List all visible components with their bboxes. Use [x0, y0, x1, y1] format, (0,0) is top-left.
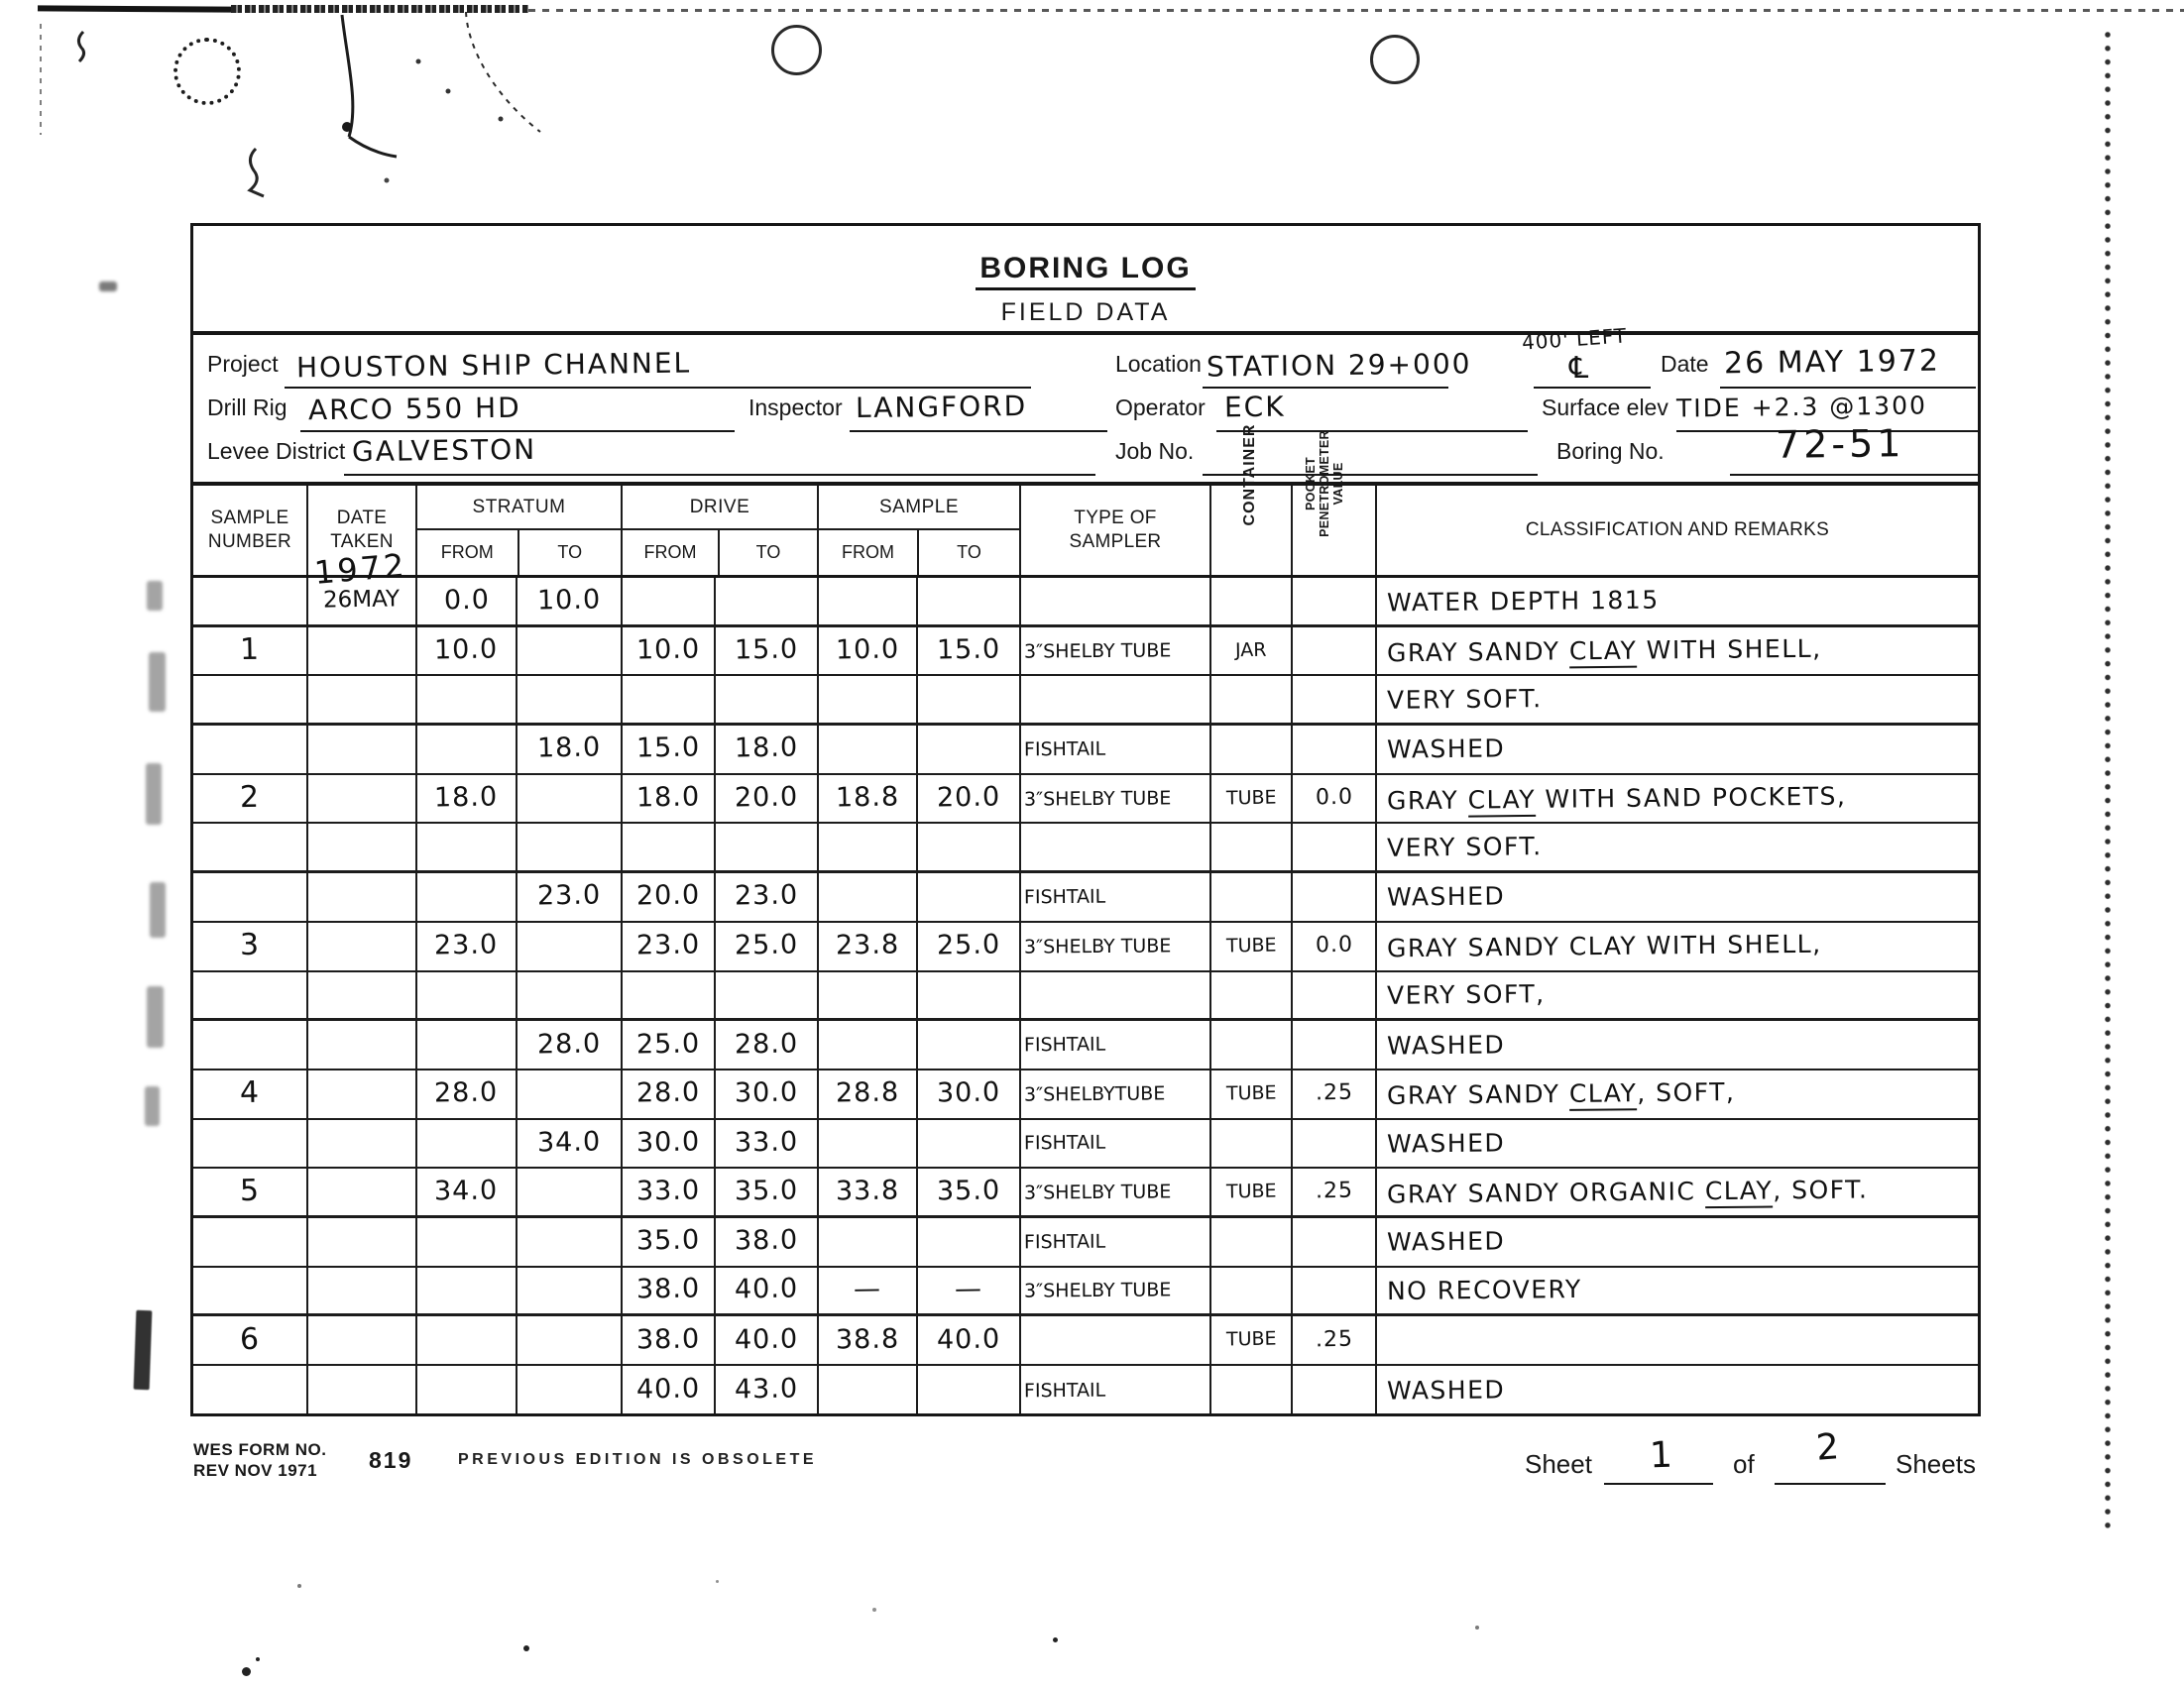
cell-stratum-from — [417, 676, 517, 723]
cell-sample-from — [819, 1366, 918, 1415]
surface-elev-label: Surface elev — [1542, 394, 1668, 421]
scan-top-dotted-line — [528, 9, 2184, 12]
boring-log-form: BORING LOG FIELD DATA Project HOUSTON SH… — [190, 223, 1981, 1416]
drill-rig-underline — [300, 430, 735, 432]
cell-pocket-penetrometer — [1293, 578, 1377, 624]
cell-container: TUBE — [1211, 775, 1293, 823]
operator-underline — [1216, 430, 1528, 432]
header-sample-group: SAMPLE FROM TO — [819, 486, 1021, 575]
cell-stratum-to — [517, 1268, 623, 1314]
table-row: 428.028.030.028.830.03″SHELBYTUBETUBE.25… — [193, 1070, 1978, 1120]
cell-stratum-to — [517, 824, 623, 870]
cell-type-of-sampler: 3″SHELBYTUBE — [1021, 1070, 1211, 1118]
cell-classification-remarks: NO RECOVERY — [1377, 1268, 1978, 1314]
cell-drive-from: 38.0 — [623, 1268, 716, 1314]
form-title: BORING LOG — [976, 252, 1195, 290]
cell-sample-from — [819, 873, 918, 921]
cell-type-of-sampler: 3″SHELBY TUBE — [1021, 1268, 1211, 1314]
table-row: 34.030.033.0FISHTAILWASHED — [193, 1120, 1978, 1170]
cell-sample-from — [819, 824, 918, 870]
wes-form-no: WES FORM NO. REV NOV 1971 — [193, 1439, 326, 1482]
cell-drive-from: 40.0 — [623, 1366, 716, 1415]
scan-top-edge-mottle — [231, 5, 528, 13]
bottom-speck — [716, 1580, 719, 1583]
cell-drive-from: 30.0 — [623, 1120, 716, 1168]
cell-classification-remarks: GRAY SANDY CLAY WITH SHELL, — [1377, 923, 1978, 970]
cell-drive-to — [716, 676, 819, 723]
cell-classification-remarks: WASHED — [1377, 1021, 1978, 1069]
cell-sample-number — [193, 972, 308, 1019]
header-sample: SAMPLE — [819, 486, 1019, 530]
scan-left-dashed-line — [40, 24, 42, 135]
cell-container — [1211, 676, 1293, 723]
cell-sample-from — [819, 676, 918, 723]
header-sample-from: FROM — [819, 530, 919, 575]
cell-pocket-penetrometer: .25 — [1293, 1070, 1377, 1118]
cell-date-taken — [308, 1366, 417, 1415]
cell-stratum-to: 10.0 — [517, 578, 623, 624]
margin-dark-mark — [134, 1310, 153, 1391]
cell-date-taken — [308, 923, 417, 970]
cell-container — [1211, 1268, 1293, 1314]
cell-sample-to: 25.0 — [918, 923, 1021, 970]
cell-stratum-to — [517, 923, 623, 970]
table-row: 35.038.0FISHTAILWASHED — [193, 1218, 1978, 1268]
cell-pocket-penetrometer: .25 — [1293, 1169, 1377, 1215]
sheet-total-value: 2 — [1815, 1426, 1841, 1468]
cell-date-taken — [308, 972, 417, 1019]
cell-pocket-penetrometer — [1293, 1120, 1377, 1168]
bottom-speck — [297, 1584, 301, 1588]
cell-container — [1211, 1366, 1293, 1415]
cell-date-taken — [308, 627, 417, 675]
cell-drive-to: 23.0 — [716, 873, 819, 921]
margin-smudge — [149, 652, 166, 712]
cell-sample-to — [918, 824, 1021, 870]
cell-sample-from — [819, 578, 918, 624]
cell-stratum-from — [417, 824, 517, 870]
cell-type-of-sampler — [1021, 824, 1211, 870]
cell-date-taken — [308, 726, 417, 773]
cell-date-taken — [308, 824, 417, 870]
cell-container: TUBE — [1211, 1070, 1293, 1118]
inspector-label: Inspector — [748, 394, 843, 421]
cell-stratum-to: 23.0 — [517, 873, 623, 921]
cell-type-of-sampler: FISHTAIL — [1021, 873, 1211, 921]
cell-sample-to: 20.0 — [918, 775, 1021, 823]
header-sample-number: SAMPLE NUMBER — [193, 486, 308, 575]
cell-type-of-sampler — [1021, 972, 1211, 1019]
cell-type-of-sampler: 3″SHELBY TUBE — [1021, 1169, 1211, 1215]
surface-elev-value: TIDE +2.3 @1300 — [1676, 391, 1927, 422]
hole-punch-right — [1370, 35, 1420, 84]
cell-date-taken — [308, 775, 417, 823]
header-type-of-sampler: TYPE OF SAMPLER — [1021, 486, 1211, 575]
table-row: 638.040.038.840.0TUBE.25 — [193, 1316, 1978, 1366]
boring-log-table: SAMPLE NUMBER DATE TAKEN 1972 STRATUM FR… — [193, 482, 1978, 1415]
inspector-underline — [850, 430, 1107, 432]
cell-sample-number — [193, 824, 308, 870]
cell-stratum-to — [517, 627, 623, 675]
margin-smudge — [150, 882, 166, 938]
cell-container — [1211, 824, 1293, 870]
cell-pocket-penetrometer — [1293, 627, 1377, 675]
cell-stratum-to — [517, 1316, 623, 1364]
scan-top-edge-mark — [38, 5, 231, 12]
table-row: 40.043.0FISHTAILWASHED — [193, 1366, 1978, 1415]
location-label: Location — [1115, 351, 1202, 378]
cell-drive-from: 15.0 — [623, 726, 716, 773]
cell-type-of-sampler: FISHTAIL — [1021, 1120, 1211, 1168]
cell-sample-from: 28.8 — [819, 1070, 918, 1118]
cell-sample-to: — — [918, 1268, 1021, 1314]
hole-punch-left — [173, 38, 241, 105]
location-value: STATION 29+000 — [1207, 347, 1472, 383]
scanned-boring-log-page: BORING LOG FIELD DATA Project HOUSTON SH… — [0, 0, 2184, 1690]
cell-date-taken — [308, 1316, 417, 1364]
cell-sample-to: 30.0 — [918, 1070, 1021, 1118]
cell-sample-number: 6 — [193, 1316, 308, 1364]
table-row: 18.015.018.0FISHTAILWASHED — [193, 726, 1978, 775]
location-underline-2 — [1534, 387, 1651, 389]
table-row: VERY SOFT. — [193, 676, 1978, 726]
bottom-speck — [242, 1667, 251, 1676]
cell-container: TUBE — [1211, 1169, 1293, 1215]
boring-no-underline — [1730, 474, 1978, 476]
cell-type-of-sampler — [1021, 578, 1211, 624]
cell-pocket-penetrometer — [1293, 1218, 1377, 1266]
cell-drive-to: 40.0 — [716, 1316, 819, 1364]
cell-sample-from: 18.8 — [819, 775, 918, 823]
cell-container — [1211, 726, 1293, 773]
table-row: 26MAY0.010.0WATER DEPTH 1815 — [193, 578, 1978, 627]
inspector-value: LANGFORD — [856, 390, 1028, 424]
bottom-speck — [523, 1645, 529, 1651]
sheet-total-underline — [1775, 1483, 1886, 1485]
cell-drive-from: 38.0 — [623, 1316, 716, 1364]
date-underline — [1720, 387, 1976, 389]
right-perforation-dots — [2102, 28, 2114, 1529]
cell-type-of-sampler: FISHTAIL — [1021, 726, 1211, 773]
cell-stratum-from — [417, 1218, 517, 1266]
form-subtitle: FIELD DATA — [193, 298, 1978, 327]
cell-stratum-to — [517, 775, 623, 823]
cell-drive-to: 25.0 — [716, 923, 819, 970]
cell-stratum-from: 28.0 — [417, 1070, 517, 1118]
cell-sample-number — [193, 1120, 308, 1168]
cell-stratum-from — [417, 1366, 517, 1415]
of-label: of — [1733, 1449, 1755, 1480]
cell-sample-number — [193, 1021, 308, 1069]
cell-sample-to: 35.0 — [918, 1169, 1021, 1215]
sheet-label: Sheet — [1525, 1449, 1592, 1480]
table-row: 23.020.023.0FISHTAILWASHED — [193, 873, 1978, 923]
cell-classification-remarks: WATER DEPTH 1815 — [1377, 578, 1978, 624]
table-row: VERY SOFT, — [193, 972, 1978, 1022]
cell-drive-from: 35.0 — [623, 1218, 716, 1266]
cell-stratum-from — [417, 1316, 517, 1364]
cell-drive-from: 10.0 — [623, 627, 716, 675]
cell-drive-to — [716, 578, 819, 624]
cell-sample-to — [918, 1218, 1021, 1266]
cell-pocket-penetrometer: 0.0 — [1293, 923, 1377, 970]
cell-drive-to: 30.0 — [716, 1070, 819, 1118]
cell-stratum-from: 18.0 — [417, 775, 517, 823]
header-drive-from: FROM — [623, 530, 720, 575]
job-no-label: Job No. — [1115, 438, 1194, 465]
cell-type-of-sampler: 3″SHELBY TUBE — [1021, 627, 1211, 675]
cell-container — [1211, 1021, 1293, 1069]
cell-pocket-penetrometer — [1293, 873, 1377, 921]
date-value: 26 MAY 1972 — [1724, 344, 1940, 382]
cell-pocket-penetrometer — [1293, 1366, 1377, 1415]
cell-pocket-penetrometer: .25 — [1293, 1316, 1377, 1364]
bottom-speck — [256, 1657, 260, 1661]
cell-classification-remarks: VERY SOFT. — [1377, 824, 1978, 870]
cell-container: JAR — [1211, 627, 1293, 675]
cell-stratum-to — [517, 676, 623, 723]
levee-district-value: GALVESTON — [352, 433, 536, 468]
table-header: SAMPLE NUMBER DATE TAKEN 1972 STRATUM FR… — [193, 486, 1978, 578]
cell-pocket-penetrometer — [1293, 1021, 1377, 1069]
cell-drive-to: 35.0 — [716, 1169, 819, 1215]
header-date-year-handwritten: 1972 — [312, 545, 408, 593]
cell-drive-to: 18.0 — [716, 726, 819, 773]
margin-smudge — [99, 282, 117, 291]
cell-sample-from — [819, 1218, 918, 1266]
cell-sample-number — [193, 1366, 308, 1415]
header-stratum-group: STRATUM FROM TO — [417, 486, 623, 575]
table-row: VERY SOFT. — [193, 824, 1978, 873]
cell-stratum-from — [417, 726, 517, 773]
table-row: 323.023.025.023.825.03″SHELBY TUBETUBE0.… — [193, 923, 1978, 972]
cell-type-of-sampler — [1021, 1316, 1211, 1364]
cell-sample-from — [819, 972, 918, 1019]
cell-pocket-penetrometer: 0.0 — [1293, 775, 1377, 823]
cell-date-taken — [308, 1218, 417, 1266]
cell-sample-number — [193, 676, 308, 723]
cell-stratum-to — [517, 972, 623, 1019]
cell-date-taken — [308, 1268, 417, 1314]
cell-drive-from — [623, 676, 716, 723]
cell-sample-number: 1 — [193, 627, 308, 675]
header-stratum-to: TO — [519, 530, 622, 575]
cell-sample-number — [193, 873, 308, 921]
cell-drive-to — [716, 972, 819, 1019]
cell-drive-from: 18.0 — [623, 775, 716, 823]
cell-stratum-from — [417, 1268, 517, 1314]
sheet-no-underline — [1604, 1483, 1713, 1485]
cell-container — [1211, 578, 1293, 624]
form-title-block: BORING LOG FIELD DATA — [193, 226, 1978, 335]
cell-sample-to — [918, 1021, 1021, 1069]
cell-classification-remarks: VERY SOFT. — [1377, 676, 1978, 723]
levee-district-underline — [344, 474, 1095, 476]
cell-stratum-to — [517, 1366, 623, 1415]
cell-container — [1211, 1218, 1293, 1266]
bottom-speck — [1053, 1637, 1058, 1642]
cell-date-taken — [308, 1070, 417, 1118]
cell-stratum-to: 34.0 — [517, 1120, 623, 1168]
header-date-taken: DATE TAKEN 1972 — [308, 486, 417, 575]
project-underline — [285, 387, 1031, 389]
cell-type-of-sampler: FISHTAIL — [1021, 1218, 1211, 1266]
operator-label: Operator — [1115, 394, 1206, 421]
table-row: 110.010.015.010.015.03″SHELBY TUBEJARGRA… — [193, 627, 1978, 677]
cell-stratum-from — [417, 873, 517, 921]
cell-drive-to: 43.0 — [716, 1366, 819, 1415]
cell-container: TUBE — [1211, 923, 1293, 970]
table-row: 28.025.028.0FISHTAILWASHED — [193, 1021, 1978, 1070]
boring-no-value: 72-51 — [1776, 421, 1905, 467]
cell-date-taken — [308, 1169, 417, 1215]
location-underline — [1203, 387, 1448, 389]
cell-drive-to: 15.0 — [716, 627, 819, 675]
cell-sample-number: 2 — [193, 775, 308, 823]
cell-sample-from — [819, 1021, 918, 1069]
cell-sample-from — [819, 726, 918, 773]
cell-drive-from — [623, 578, 716, 624]
header-classification: CLASSIFICATION AND REMARKS — [1377, 486, 1978, 575]
cell-classification-remarks: VERY SOFT, — [1377, 972, 1978, 1019]
cell-drive-to: 28.0 — [716, 1021, 819, 1069]
cell-classification-remarks: GRAY SANDY ORGANIC CLAY, SOFT. — [1377, 1169, 1978, 1215]
bottom-speck — [872, 1608, 876, 1612]
cell-date-taken — [308, 873, 417, 921]
cell-sample-from: 38.8 — [819, 1316, 918, 1364]
cell-type-of-sampler: FISHTAIL — [1021, 1021, 1211, 1069]
cell-stratum-from: 0.0 — [417, 578, 517, 624]
obsolete-note: PREVIOUS EDITION IS OBSOLETE — [458, 1451, 817, 1469]
cell-classification-remarks: WASHED — [1377, 1218, 1978, 1266]
cell-stratum-from: 23.0 — [417, 923, 517, 970]
cell-type-of-sampler — [1021, 676, 1211, 723]
header-sample-to: TO — [919, 530, 1019, 575]
margin-smudge — [147, 986, 164, 1048]
cell-pocket-penetrometer — [1293, 676, 1377, 723]
cell-sample-number — [193, 1268, 308, 1314]
cell-stratum-to — [517, 1070, 623, 1118]
sheet-no-value: 1 — [1649, 1435, 1672, 1477]
cell-drive-from: 20.0 — [623, 873, 716, 921]
cell-pocket-penetrometer — [1293, 824, 1377, 870]
margin-smudge — [145, 1086, 160, 1126]
cell-stratum-from: 34.0 — [417, 1169, 517, 1215]
project-value: HOUSTON SHIP CHANNEL — [296, 347, 692, 385]
cell-drive-from: 23.0 — [623, 923, 716, 970]
cell-type-of-sampler: FISHTAIL — [1021, 1366, 1211, 1415]
cell-classification-remarks: WASHED — [1377, 1120, 1978, 1168]
cell-date-taken — [308, 1120, 417, 1168]
cell-sample-number: 5 — [193, 1169, 308, 1215]
cell-sample-to — [918, 578, 1021, 624]
header-drive-group: DRIVE FROM TO — [623, 486, 819, 575]
cell-drive-from: 25.0 — [623, 1021, 716, 1069]
cell-sample-number: 4 — [193, 1070, 308, 1118]
header-stratum: STRATUM — [417, 486, 621, 530]
table-row: 38.040.0——3″SHELBY TUBENO RECOVERY — [193, 1268, 1978, 1317]
cell-sample-from: 23.8 — [819, 923, 918, 970]
cell-drive-to — [716, 824, 819, 870]
cell-container: TUBE — [1211, 1316, 1293, 1364]
project-label: Project — [207, 351, 279, 378]
cell-sample-number — [193, 578, 308, 624]
cell-sample-from — [819, 1120, 918, 1168]
cell-stratum-from — [417, 1021, 517, 1069]
drill-rig-value: ARCO 550 HD — [308, 392, 521, 427]
form-info-block: Project HOUSTON SHIP CHANNEL Location ST… — [193, 335, 1978, 482]
header-drive: DRIVE — [623, 486, 817, 530]
cell-sample-number — [193, 1218, 308, 1266]
header-drive-to: TO — [720, 530, 817, 575]
cell-date-taken — [308, 676, 417, 723]
cell-sample-to — [918, 972, 1021, 1019]
cell-drive-from: 28.0 — [623, 1070, 716, 1118]
sheets-label: Sheets — [1896, 1449, 1976, 1480]
cell-classification-remarks: WASHED — [1377, 1366, 1978, 1415]
location-centerline-symbol: ℄ — [1569, 351, 1588, 386]
cell-classification-remarks: WASHED — [1377, 726, 1978, 773]
cell-sample-from: — — [819, 1268, 918, 1314]
cell-drive-to: 33.0 — [716, 1120, 819, 1168]
cell-sample-to: 40.0 — [918, 1316, 1021, 1364]
cell-stratum-to — [517, 1218, 623, 1266]
cell-container — [1211, 873, 1293, 921]
cell-classification-remarks: WASHED — [1377, 873, 1978, 921]
cell-stratum-from — [417, 972, 517, 1019]
cell-classification-remarks: GRAY CLAY WITH SAND POCKETS, — [1377, 775, 1978, 823]
cell-date-taken — [308, 1021, 417, 1069]
cell-drive-from — [623, 972, 716, 1019]
form-number: 819 — [369, 1447, 412, 1474]
cell-drive-to: 38.0 — [716, 1218, 819, 1266]
cell-sample-from: 10.0 — [819, 627, 918, 675]
cell-container — [1211, 1120, 1293, 1168]
margin-smudge — [146, 763, 162, 825]
cell-sample-number: 3 — [193, 923, 308, 970]
cell-classification-remarks: GRAY SANDY CLAY WITH SHELL, — [1377, 627, 1978, 675]
margin-smudge — [147, 581, 163, 611]
cell-drive-to: 40.0 — [716, 1268, 819, 1314]
cell-pocket-penetrometer — [1293, 972, 1377, 1019]
cell-sample-to — [918, 873, 1021, 921]
cell-classification-remarks — [1377, 1316, 1978, 1364]
date-label: Date — [1661, 351, 1709, 378]
cell-sample-number — [193, 726, 308, 773]
cell-stratum-to: 18.0 — [517, 726, 623, 773]
cell-sample-to: 15.0 — [918, 627, 1021, 675]
table-body: 26MAY0.010.0WATER DEPTH 1815110.010.015.… — [193, 578, 1978, 1415]
levee-district-label: Levee District — [207, 438, 345, 465]
cell-stratum-to: 28.0 — [517, 1021, 623, 1069]
drill-rig-label: Drill Rig — [207, 394, 287, 421]
header-container: CONTAINER — [1211, 486, 1293, 575]
cell-sample-to — [918, 726, 1021, 773]
cell-classification-remarks: GRAY SANDY CLAY, SOFT, — [1377, 1070, 1978, 1118]
cell-container — [1211, 972, 1293, 1019]
cell-drive-to: 20.0 — [716, 775, 819, 823]
table-row: 534.033.035.033.835.03″SHELBY TUBETUBE.2… — [193, 1169, 1978, 1218]
cell-sample-to — [918, 676, 1021, 723]
cell-stratum-from — [417, 1120, 517, 1168]
cell-stratum-from: 10.0 — [417, 627, 517, 675]
cell-sample-to — [918, 1366, 1021, 1415]
header-stratum-from: FROM — [417, 530, 519, 575]
cell-stratum-to — [517, 1169, 623, 1215]
hole-punch-center — [771, 25, 822, 75]
cell-pocket-penetrometer — [1293, 726, 1377, 773]
boring-no-label: Boring No. — [1556, 438, 1665, 465]
